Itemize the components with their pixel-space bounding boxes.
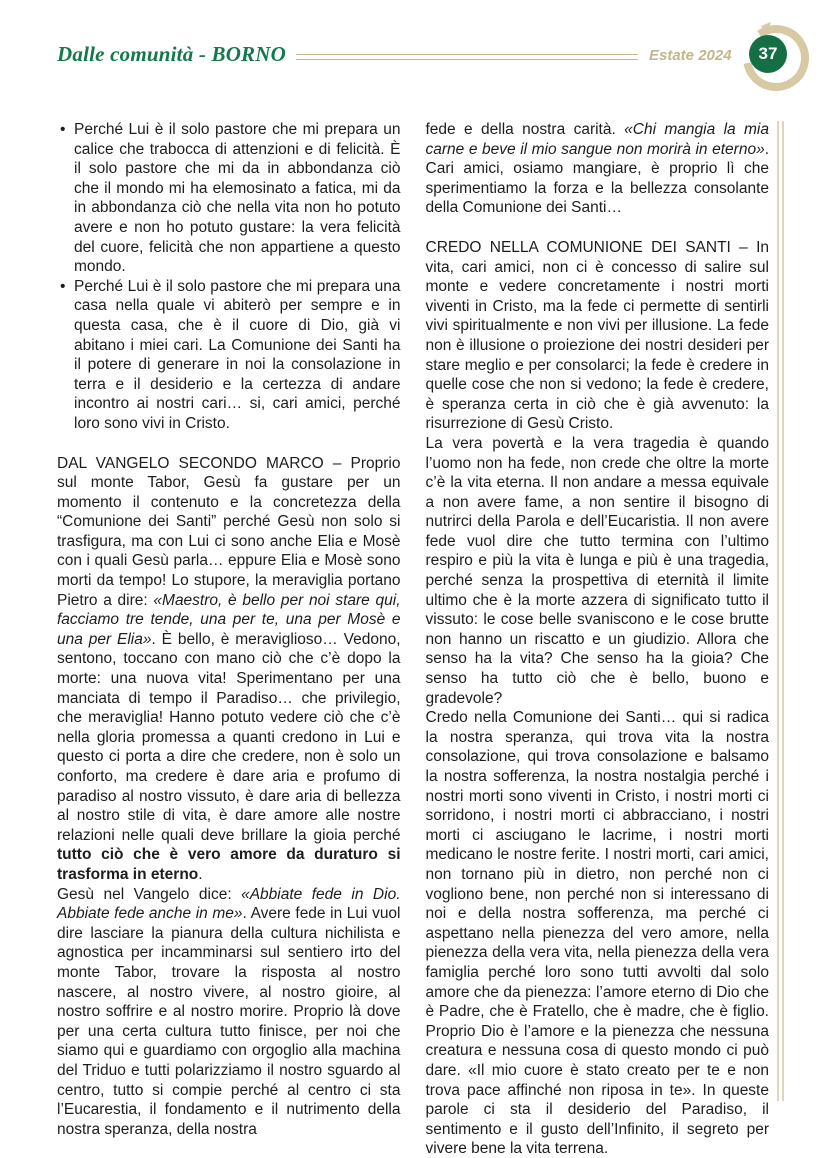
page-number-emblem: 37 bbox=[737, 14, 815, 98]
text-run: fede e della nostra carità. bbox=[426, 121, 625, 138]
body-paragraph: CREDO NELLA COMUNIONE DEI SANTI – In vit… bbox=[426, 238, 770, 434]
text-run: tutto ciò che è vero amore da duraturo s… bbox=[57, 846, 401, 883]
text-run: . bbox=[198, 866, 202, 883]
bullet-list: Perché Lui è il solo pastore che mi prep… bbox=[57, 120, 401, 434]
article-body: Perché Lui è il solo pastore che mi prep… bbox=[57, 120, 769, 1158]
body-paragraph: fede e della nostra carità. «Chi mangia … bbox=[426, 120, 770, 218]
text-run: DAL VANGELO SECONDO MARCO – Proprio sul … bbox=[57, 455, 401, 609]
right-margin-rule bbox=[777, 121, 784, 1101]
text-run: Perché Lui è il solo pastore che mi prep… bbox=[74, 278, 401, 432]
page-number-badge: 37 bbox=[749, 35, 787, 73]
right-column: fede e della nostra carità. «Chi mangia … bbox=[426, 120, 770, 1158]
bullet-item: Perché Lui è il solo pastore che mi prep… bbox=[74, 120, 401, 277]
magazine-page: Dalle comunità - BORNO Estate 2024 37 Pe… bbox=[0, 0, 819, 1158]
left-column: Perché Lui è il solo pastore che mi prep… bbox=[57, 120, 401, 1158]
body-paragraph: La vera povertà e la vera tragedia è qua… bbox=[426, 434, 770, 708]
text-run: Credo nella Comunione dei Santi… qui si … bbox=[426, 709, 770, 1157]
text-run: Gesù nel Vangelo dice: bbox=[57, 886, 241, 903]
body-paragraph: Gesù nel Vangelo dice: «Abbiate fede in … bbox=[57, 885, 401, 1140]
body-paragraph: Credo nella Comunione dei Santi… qui si … bbox=[426, 708, 770, 1158]
text-run: . Avere fede in Lui vuol dire lasciare l… bbox=[57, 905, 401, 1138]
section-title: Dalle comunità - BORNO bbox=[57, 42, 286, 67]
header-double-rule bbox=[296, 54, 638, 60]
text-run: Perché Lui è il solo pastore che mi prep… bbox=[74, 121, 401, 275]
text-run: CREDO NELLA COMUNIONE DEI SANTI – In vit… bbox=[426, 239, 770, 432]
paragraph-spacer bbox=[57, 434, 401, 454]
text-run: La vera povertà e la vera tragedia è qua… bbox=[426, 435, 770, 707]
issue-label: Estate 2024 bbox=[649, 47, 732, 64]
paragraph-spacer bbox=[426, 218, 770, 238]
text-run: . È bello, è meraviglioso… Vedono, sento… bbox=[57, 631, 401, 844]
bullet-item: Perché Lui è il solo pastore che mi prep… bbox=[74, 277, 401, 434]
body-paragraph: DAL VANGELO SECONDO MARCO – Proprio sul … bbox=[57, 454, 401, 885]
